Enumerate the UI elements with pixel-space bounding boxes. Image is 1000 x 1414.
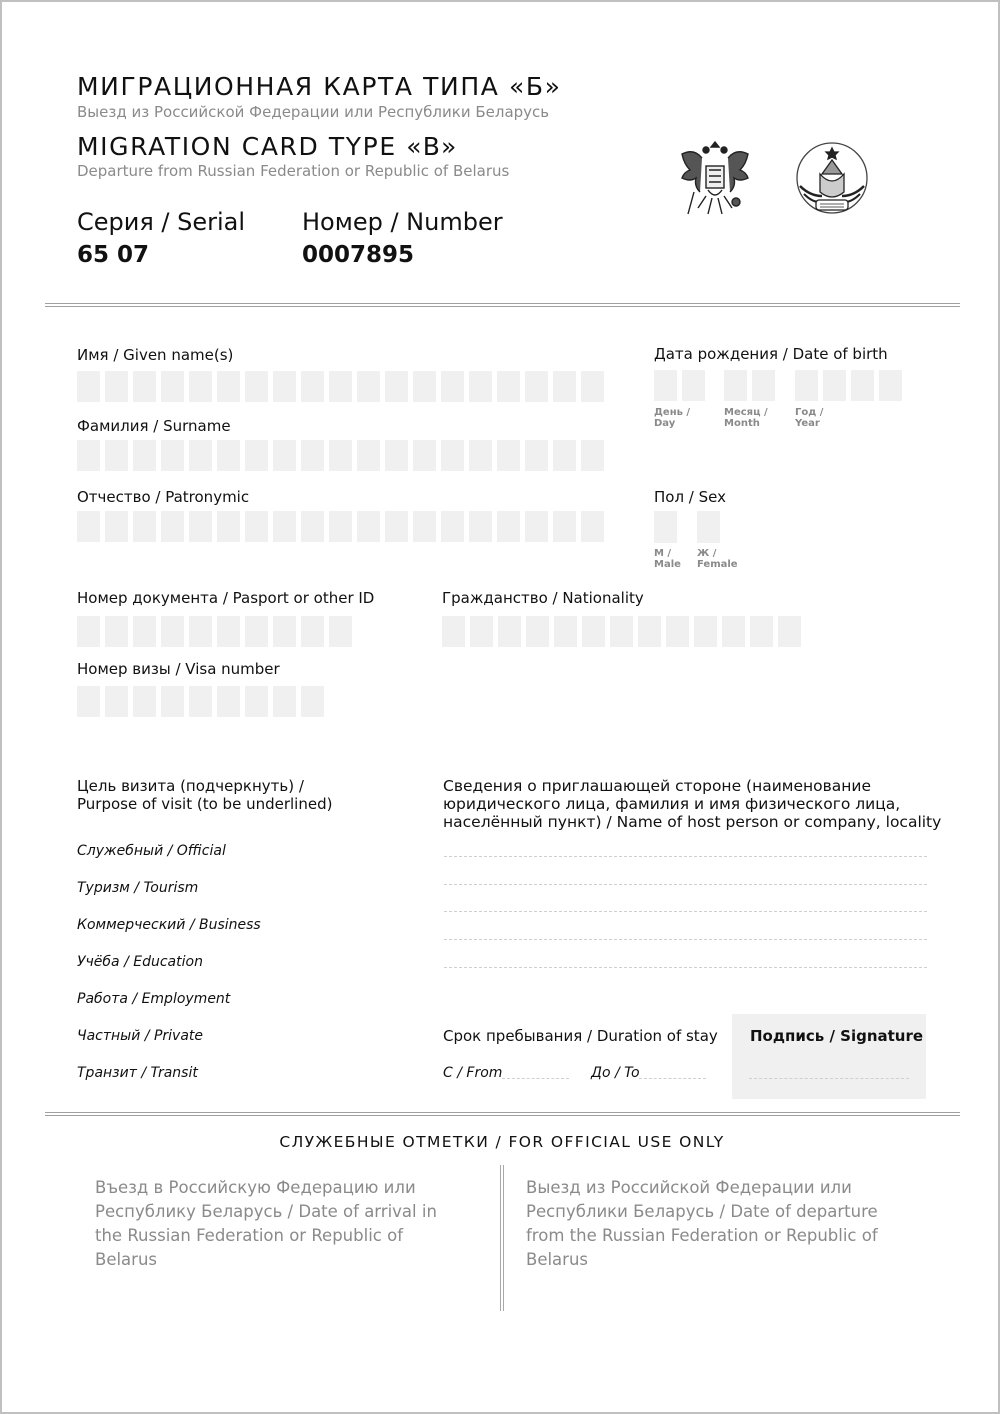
char-cell[interactable]	[217, 440, 240, 471]
char-cell[interactable]	[105, 616, 128, 647]
char-cell[interactable]	[413, 440, 436, 471]
char-cell[interactable]	[133, 371, 156, 402]
char-cell[interactable]	[469, 371, 492, 402]
char-cell[interactable]	[441, 440, 464, 471]
char-cell[interactable]	[795, 370, 818, 401]
char-cell[interactable]	[273, 440, 296, 471]
char-cell[interactable]	[385, 440, 408, 471]
char-cell[interactable]	[133, 616, 156, 647]
char-cell[interactable]	[469, 511, 492, 542]
patronymic-field[interactable]	[77, 511, 609, 542]
sex-female-label-ru: Ж /	[697, 548, 738, 559]
char-cell[interactable]	[217, 686, 240, 717]
char-cell[interactable]	[161, 616, 184, 647]
purpose-option-employment[interactable]: Работа / Employment	[77, 991, 230, 1007]
stay-to-input[interactable]	[639, 1078, 706, 1079]
char-cell[interactable]	[638, 616, 661, 647]
host-label: Сведения о приглашающей стороне (наимено…	[443, 777, 943, 831]
char-cell[interactable]	[357, 371, 380, 402]
dob-month-field[interactable]	[724, 370, 780, 401]
char-cell[interactable]	[694, 616, 717, 647]
char-cell[interactable]	[189, 371, 212, 402]
char-cell[interactable]	[77, 371, 100, 402]
char-cell[interactable]	[105, 511, 128, 542]
sex-male-label-ru: М /	[654, 548, 681, 559]
purpose-label-ru: Цель визита (подчеркнуть) /	[77, 777, 304, 795]
subtitle-en: Departure from Russian Federation or Rep…	[77, 162, 509, 180]
purpose-option-transit[interactable]: Транзит / Transit	[77, 1065, 198, 1081]
given-name-label: Имя / Given name(s)	[77, 346, 233, 364]
surname-label: Фамилия / Surname	[77, 417, 231, 435]
char-cell[interactable]	[413, 511, 436, 542]
dob-day-label-ru: День /	[654, 407, 690, 418]
char-cell[interactable]	[553, 511, 576, 542]
char-cell[interactable]	[778, 616, 801, 647]
migration-card-page: МИГРАЦИОННАЯ КАРТА ТИПА «Б» Выезд из Рос…	[0, 0, 1000, 1414]
char-cell[interactable]	[413, 371, 436, 402]
char-cell[interactable]	[217, 616, 240, 647]
sex-male-checkbox[interactable]	[654, 511, 677, 543]
char-cell[interactable]	[105, 440, 128, 471]
char-cell[interactable]	[245, 371, 268, 402]
char-cell[interactable]	[245, 440, 268, 471]
stay-to-label: До / To	[591, 1065, 640, 1081]
date-of-birth-label: Дата рождения / Date of birth	[654, 345, 888, 363]
char-cell[interactable]	[441, 511, 464, 542]
char-cell[interactable]	[189, 440, 212, 471]
char-cell[interactable]	[133, 686, 156, 717]
number-label: Номер / Number	[302, 208, 503, 236]
char-cell[interactable]	[385, 371, 408, 402]
official-divider	[45, 1112, 960, 1116]
char-cell[interactable]	[525, 371, 548, 402]
char-cell[interactable]	[329, 616, 352, 647]
document-number-label: Номер документа / Pasport or other ID	[77, 589, 374, 607]
char-cell[interactable]	[105, 686, 128, 717]
char-cell[interactable]	[245, 616, 268, 647]
document-number-field[interactable]	[77, 616, 357, 647]
dob-day-label: День / Day	[654, 407, 690, 429]
char-cell[interactable]	[497, 511, 520, 542]
nationality-label: Гражданство / Nationality	[442, 589, 644, 607]
char-cell[interactable]	[105, 371, 128, 402]
char-cell[interactable]	[525, 440, 548, 471]
purpose-option-tourism[interactable]: Туризм / Tourism	[77, 880, 198, 896]
official-use-title: СЛУЖЕБНЫЕ ОТМЕТКИ / FOR OFFICIAL USE ONL…	[2, 1133, 1000, 1151]
belarus-coat-of-arms-icon	[792, 140, 872, 218]
char-cell[interactable]	[724, 370, 747, 401]
char-cell[interactable]	[301, 511, 324, 542]
char-cell[interactable]	[526, 616, 549, 647]
char-cell[interactable]	[301, 440, 324, 471]
char-cell[interactable]	[189, 686, 212, 717]
char-cell[interactable]	[217, 371, 240, 402]
char-cell[interactable]	[161, 686, 184, 717]
dob-year-label: Год / Year	[795, 407, 823, 429]
char-cell[interactable]	[77, 616, 100, 647]
char-cell[interactable]	[329, 371, 352, 402]
arrival-stamp-area: Въезд в Российскую Федерацию или Республ…	[95, 1176, 465, 1272]
signature-line[interactable]	[749, 1078, 909, 1079]
char-cell[interactable]	[273, 616, 296, 647]
dob-month-label-en: Month	[724, 418, 768, 429]
char-cell[interactable]	[329, 440, 352, 471]
signature-label: Подпись / Signature	[750, 1027, 923, 1045]
surname-field[interactable]	[77, 440, 609, 471]
visa-number-label: Номер визы / Visa number	[77, 660, 280, 678]
char-cell[interactable]	[666, 616, 689, 647]
dob-month-label: Месяц / Month	[724, 407, 768, 429]
char-cell[interactable]	[133, 511, 156, 542]
number-value: 0007895	[302, 242, 414, 268]
char-cell[interactable]	[189, 616, 212, 647]
char-cell[interactable]	[133, 440, 156, 471]
signature-box[interactable]: Подпись / Signature	[732, 1014, 926, 1099]
char-cell[interactable]	[442, 616, 465, 647]
stay-from-input[interactable]	[502, 1078, 569, 1079]
dob-year-label-en: Year	[795, 418, 823, 429]
char-cell[interactable]	[750, 616, 773, 647]
purpose-option-business[interactable]: Коммерческий / Business	[77, 917, 261, 933]
char-cell[interactable]	[301, 616, 324, 647]
nationality-field[interactable]	[442, 616, 806, 647]
char-cell[interactable]	[722, 616, 745, 647]
dob-month-label-ru: Месяц /	[724, 407, 768, 418]
sex-female-label-en: Female	[697, 559, 738, 570]
char-cell[interactable]	[469, 440, 492, 471]
char-cell[interactable]	[245, 686, 268, 717]
subtitle-ru: Выезд из Российской Федерации или Респуб…	[77, 103, 549, 121]
sex-female-label: Ж / Female	[697, 548, 738, 570]
char-cell[interactable]	[851, 370, 874, 401]
patronymic-label: Отчество / Patronymic	[77, 488, 249, 506]
char-cell[interactable]	[525, 511, 548, 542]
purpose-option-private[interactable]: Частный / Private	[77, 1028, 203, 1044]
serial-value: 65 07	[77, 242, 149, 268]
char-cell[interactable]	[357, 511, 380, 542]
host-line-4[interactable]	[444, 939, 927, 940]
sex-male-label: М / Male	[654, 548, 681, 570]
char-cell[interactable]	[554, 616, 577, 647]
sex-label: Пол / Sex	[654, 488, 726, 506]
char-cell[interactable]	[553, 440, 576, 471]
char-cell[interactable]	[77, 440, 100, 471]
char-cell[interactable]	[301, 371, 324, 402]
dob-year-field[interactable]	[795, 370, 907, 401]
char-cell[interactable]	[498, 616, 521, 647]
host-line-5[interactable]	[444, 967, 927, 968]
char-cell[interactable]	[301, 686, 324, 717]
char-cell[interactable]	[441, 371, 464, 402]
char-cell[interactable]	[682, 370, 705, 401]
char-cell[interactable]	[553, 371, 576, 402]
official-separator	[500, 1165, 504, 1311]
char-cell[interactable]	[273, 511, 296, 542]
purpose-option-education[interactable]: Учёба / Education	[77, 954, 203, 970]
dob-day-field[interactable]	[654, 370, 710, 401]
char-cell[interactable]	[77, 511, 100, 542]
host-line-2[interactable]	[444, 884, 927, 885]
char-cell[interactable]	[654, 370, 677, 401]
stay-from-label: С / From	[443, 1065, 502, 1081]
char-cell[interactable]	[245, 511, 268, 542]
char-cell[interactable]	[357, 440, 380, 471]
char-cell[interactable]	[161, 511, 184, 542]
char-cell[interactable]	[823, 370, 846, 401]
host-line-3[interactable]	[444, 911, 927, 912]
char-cell[interactable]	[879, 370, 902, 401]
char-cell[interactable]	[161, 371, 184, 402]
char-cell[interactable]	[189, 511, 212, 542]
purpose-option-official[interactable]: Служебный / Official	[77, 843, 226, 859]
sex-male-label-en: Male	[654, 559, 681, 570]
dob-day-label-en: Day	[654, 418, 690, 429]
char-cell[interactable]	[610, 616, 633, 647]
char-cell[interactable]	[385, 511, 408, 542]
title-ru: МИГРАЦИОННАЯ КАРТА ТИПА «Б»	[77, 72, 562, 101]
char-cell[interactable]	[581, 511, 604, 542]
serial-label: Серия / Serial	[77, 208, 245, 236]
char-cell[interactable]	[329, 511, 352, 542]
char-cell[interactable]	[497, 440, 520, 471]
stay-label: Срок пребывания / Duration of stay	[443, 1027, 718, 1045]
purpose-label-en: Purpose of visit (to be underlined)	[77, 795, 332, 813]
host-line-1[interactable]	[444, 856, 927, 857]
russia-coat-of-arms-icon	[676, 136, 754, 222]
title-en: MIGRATION CARD TYPE «B»	[77, 132, 458, 161]
dob-year-label-ru: Год /	[795, 407, 823, 418]
given-name-field[interactable]	[77, 371, 609, 402]
sex-female-checkbox[interactable]	[697, 511, 720, 543]
header-divider	[45, 303, 960, 307]
char-cell[interactable]	[581, 440, 604, 471]
visa-number-field[interactable]	[77, 686, 329, 717]
departure-stamp-area: Выезд из Российской Федерации или Респуб…	[526, 1176, 921, 1272]
char-cell[interactable]	[273, 371, 296, 402]
char-cell[interactable]	[582, 616, 605, 647]
char-cell[interactable]	[273, 686, 296, 717]
char-cell[interactable]	[581, 371, 604, 402]
char-cell[interactable]	[77, 686, 100, 717]
char-cell[interactable]	[161, 440, 184, 471]
char-cell[interactable]	[470, 616, 493, 647]
char-cell[interactable]	[752, 370, 775, 401]
char-cell[interactable]	[217, 511, 240, 542]
char-cell[interactable]	[497, 371, 520, 402]
